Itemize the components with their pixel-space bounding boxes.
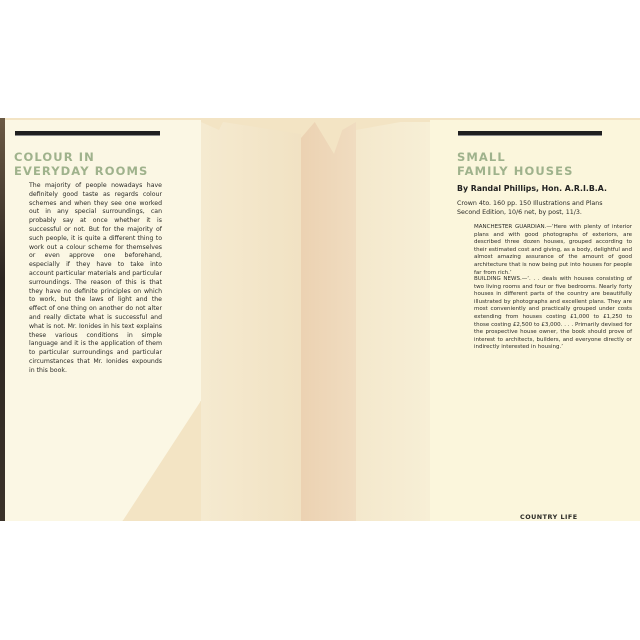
- left-flap: COLOUR INEVERYDAY ROOMS The majority of …: [5, 120, 201, 521]
- author-byline: By Randal Phillips, Hon. A.R.I.B.A.: [457, 184, 607, 193]
- right-flap-title: SMALLFAMILY HOUSES: [457, 150, 574, 178]
- heading-rule: [15, 131, 160, 136]
- jacket-torn-section: [301, 122, 356, 521]
- publisher-imprint: COUNTRY LIFE: [520, 513, 578, 521]
- left-flap-title: COLOUR INEVERYDAY ROOMS: [14, 150, 148, 178]
- book-board-edge: [0, 118, 5, 521]
- review-building-news: BUILDING NEWS.—‘. . . deals with houses …: [474, 276, 632, 352]
- book-details: Crown 4to. 160 pp. 150 Illustrations and…: [457, 199, 633, 217]
- right-flap: SMALLFAMILY HOUSES By Randal Phillips, H…: [430, 120, 640, 521]
- left-flap-description: The majority of people nowadays have def…: [29, 182, 162, 376]
- book-dust-jacket: COLOUR INEVERYDAY ROOMS The majority of …: [0, 118, 640, 521]
- heading-rule: [458, 131, 602, 136]
- jacket-spine-fold: [201, 122, 301, 521]
- jacket-back-fold: [356, 122, 430, 521]
- review-manchester-guardian: MANCHESTER GUARDIAN.—‘Here with plenty o…: [474, 224, 632, 277]
